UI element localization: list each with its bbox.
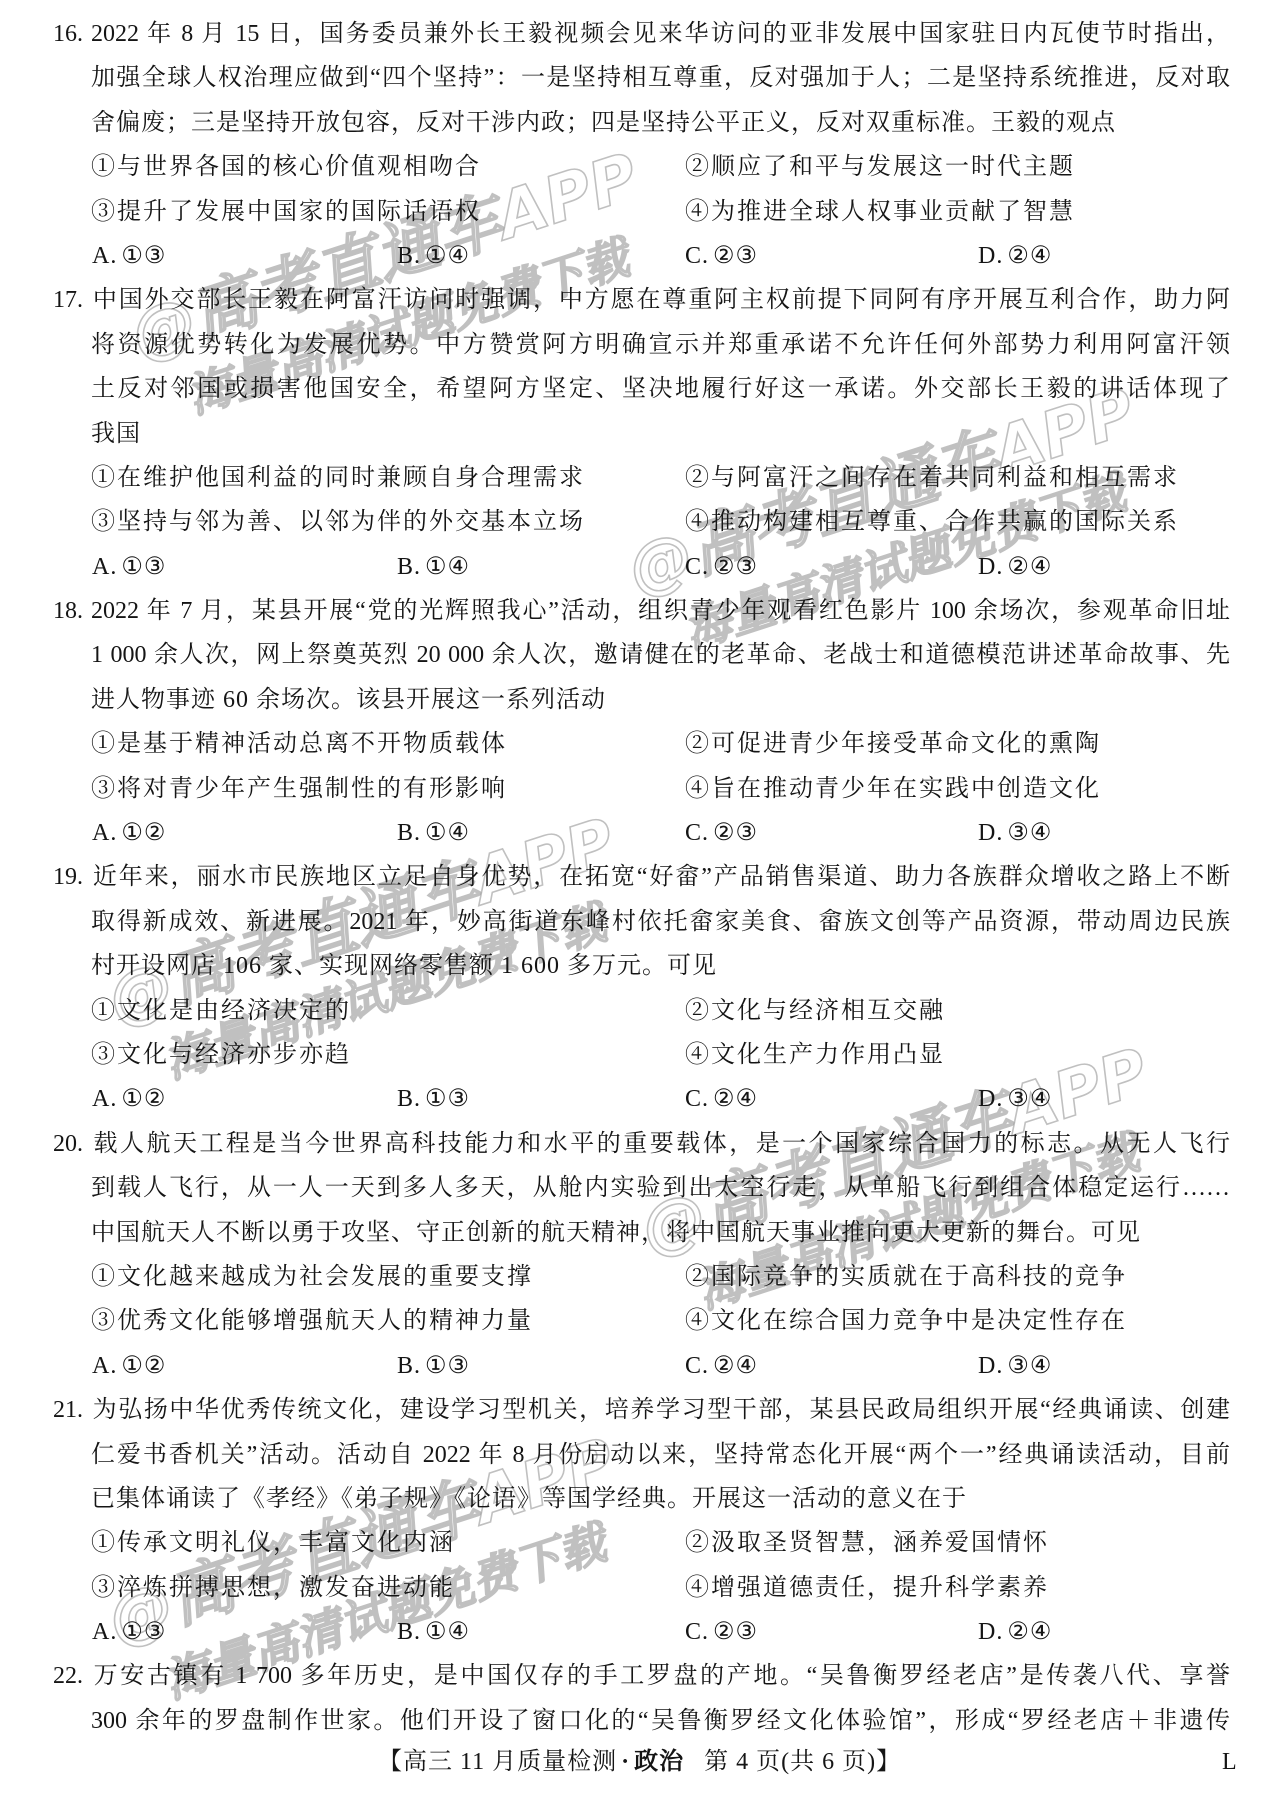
answer-choice-c: C.②③ [685, 545, 758, 589]
answer-choice-a: A.①③ [92, 1610, 166, 1654]
choice-letter: A. [92, 554, 117, 580]
choice-value: ①④ [425, 554, 470, 580]
option: ①传承文明礼仪，丰富文化内涵 [91, 1521, 455, 1565]
stem-line: 加强全球人权治理应做到“四个坚持”：一是坚持相互尊重，反对强加于人；二是坚持系统… [91, 56, 1230, 100]
choice-value: ①④ [425, 243, 470, 269]
footer-page-info: 第 4 页(共 6 页)】 [704, 1749, 901, 1775]
answer-choices: A.①③ B.①④ C.②③ D.②④ [0, 1610, 1280, 1654]
answer-choices: A.①② B.①③ C.②④ D.③④ [0, 1344, 1280, 1388]
answer-choice-c: C.②③ [685, 811, 758, 855]
question-number: 21. [53, 1388, 91, 1432]
answer-choice-a: A.①③ [92, 234, 166, 278]
option: ④推动构建相互尊重、合作共赢的国际关系 [685, 500, 1179, 544]
choice-value: ②④ [1007, 554, 1052, 580]
option: ①在维护他国利益的同时兼顾自身合理需求 [91, 456, 585, 500]
question-number: 22. [53, 1654, 91, 1698]
option-row: ③将对青少年产生强制性的有形影响 ④旨在推动青少年在实践中创造文化 [0, 767, 1280, 811]
stem-line: 土反对邻国或损害他国安全，希望阿方坚定、坚决地履行好这一承诺。外交部长王毅的讲话… [91, 367, 1230, 411]
stem-text: 载人航天工程是当今世界高科技能力和水平的重要载体，是一个国家综合国力的标志。从无… [91, 1131, 1230, 1157]
answer-choices: A.①③ B.①④ C.②③ D.②④ [0, 545, 1280, 589]
choice-value: ②④ [713, 1086, 758, 1112]
choice-value: ①③ [425, 1086, 470, 1112]
stem-line: 21.为弘扬中华优秀传统文化，建设学习型机关，培养学习型干部，某县民政局组织开展… [53, 1388, 1230, 1432]
answer-choice-c: C.②③ [685, 234, 758, 278]
choice-value: ③④ [1007, 1086, 1052, 1112]
option: ②可促进青少年接受革命文化的熏陶 [685, 722, 1101, 766]
choice-letter: B. [397, 1619, 421, 1645]
answer-choice-b: B.①③ [397, 1344, 470, 1388]
option: ②汲取圣贤智慧，涵养爱国情怀 [685, 1521, 1049, 1565]
stem-text: 中国外交部长王毅在阿富汗访问时强调，中方愿在尊重阿主权前提下同阿有序开展互利合作… [91, 287, 1230, 313]
question-number: 20. [53, 1122, 91, 1166]
choice-letter: A. [92, 1619, 117, 1645]
option-row: ③淬炼拼搏思想，激发奋进动能 ④增强道德责任，提升科学素养 [0, 1566, 1280, 1610]
answer-choice-b: B.①③ [397, 1077, 470, 1121]
option: ①文化是由经济决定的 [91, 989, 351, 1033]
choice-value: ②③ [713, 820, 758, 846]
stem-line: 17.中国外交部长王毅在阿富汗访问时强调，中方愿在尊重阿主权前提下同阿有序开展互… [53, 278, 1230, 322]
answer-choice-a: A.①② [92, 1344, 166, 1388]
option: ③优秀文化能够增强航天人的精神力量 [91, 1299, 533, 1343]
choice-value: ①④ [425, 820, 470, 846]
question-21: 21.为弘扬中华优秀传统文化，建设学习型机关，培养学习型干部，某县民政局组织开展… [0, 1388, 1280, 1654]
choice-value: ①③ [121, 243, 166, 269]
stem-text: 2022 年 8 月 15 日，国务委员兼外长王毅视频会见来华访问的亚非发展中国… [91, 21, 1230, 47]
option: ③将对青少年产生强制性的有形影响 [91, 767, 507, 811]
choice-letter: C. [685, 243, 709, 269]
option-row: ①是基于精神活动总离不开物质载体 ②可促进青少年接受革命文化的熏陶 [0, 722, 1280, 766]
stem-text: 为弘扬中华优秀传统文化，建设学习型机关，培养学习型干部，某县民政局组织开展“经典… [91, 1397, 1230, 1423]
option: ①文化越来越成为社会发展的重要支撑 [91, 1255, 533, 1299]
stem-line: 1 000 余人次，网上祭奠英烈 20 000 余人次，邀请健在的老革命、老战士… [91, 633, 1230, 677]
choice-value: ②③ [713, 554, 758, 580]
choice-value: ③④ [1007, 820, 1052, 846]
question-22: 22.万安古镇有 1 700 多年历史，是中国仅存的手工罗盘的产地。“吴鲁衡罗经… [0, 1654, 1280, 1743]
stem-line: 舍偏废；三是坚持开放包容，反对干涉内政；四是坚持公平正义，反对双重标准。王毅的观… [91, 101, 1230, 145]
choice-value: ①④ [425, 1619, 470, 1645]
answer-choice-b: B.①④ [397, 545, 470, 589]
stem-line: 22.万安古镇有 1 700 多年历史，是中国仅存的手工罗盘的产地。“吴鲁衡罗经… [53, 1654, 1230, 1698]
stem-line: 20.载人航天工程是当今世界高科技能力和水平的重要载体，是一个国家综合国力的标志… [53, 1122, 1230, 1166]
question-18: 18.2022 年 7 月，某县开展“党的光辉照我心”活动，组织青少年观看红色影… [0, 589, 1280, 855]
stem-line: 我国 [91, 412, 1230, 456]
answer-choice-d: D.③④ [978, 1344, 1052, 1388]
option: ②文化与经济相互交融 [685, 989, 945, 1033]
answer-choice-a: A.①③ [92, 545, 166, 589]
choice-value: ②④ [1007, 243, 1052, 269]
question-20: 20.载人航天工程是当今世界高科技能力和水平的重要载体，是一个国家综合国力的标志… [0, 1122, 1280, 1388]
stem-line: 300 余年的罗盘制作世家。他们开设了窗口化的“吴鲁衡罗经文化体验馆”，形成“罗… [91, 1699, 1230, 1743]
choice-letter: B. [397, 554, 421, 580]
choice-letter: C. [685, 1353, 709, 1379]
footer-exam-title: 【高三 11 月质量检测 [378, 1749, 617, 1775]
exam-page: @高考直通车APP 海量高清试题免费下载 @高考直通车APP 海量高清试题免费下… [0, 0, 1280, 1795]
option-row: ①与世界各国的核心价值观相吻合 ②顺应了和平与发展这一时代主题 [0, 145, 1280, 189]
stem-line: 16.2022 年 8 月 15 日，国务委员兼外长王毅视频会见来华访问的亚非发… [53, 12, 1230, 56]
question-number: 18. [53, 589, 91, 633]
option: ③提升了发展中国家的国际话语权 [91, 190, 481, 234]
question-number: 17. [53, 278, 91, 322]
stem-line: 取得新成效、新进展。2021 年，妙高街道东峰村依托畲家美食、畲族文创等产品资源… [91, 900, 1230, 944]
option: ④为推进全球人权事业贡献了智慧 [685, 190, 1075, 234]
choice-letter: B. [397, 1086, 421, 1112]
answer-choice-c: C.②③ [685, 1610, 758, 1654]
choice-value: ①② [121, 1086, 166, 1112]
option-row: ③优秀文化能够增强航天人的精神力量 ④文化在综合国力竞争中是决定性存在 [0, 1299, 1280, 1343]
question-17: 17.中国外交部长王毅在阿富汗访问时强调，中方愿在尊重阿主权前提下同阿有序开展互… [0, 278, 1280, 589]
choice-value: ③④ [1007, 1353, 1052, 1379]
option-row: ①文化是由经济决定的 ②文化与经济相互交融 [0, 989, 1280, 1033]
stem-line: 村开设网店 106 家、实现网络零售额 1 600 多万元。可见 [91, 944, 1230, 988]
question-16: 16.2022 年 8 月 15 日，国务委员兼外长王毅视频会见来华访问的亚非发… [0, 12, 1280, 278]
footer-subject: 政治 [634, 1749, 684, 1775]
question-19: 19.近年来，丽水市民族地区立足自身优势，在拓宽“好畲”产品销售渠道、助力各族群… [0, 855, 1280, 1121]
choice-value: ①② [121, 820, 166, 846]
answer-choice-c: C.②④ [685, 1077, 758, 1121]
choice-letter: B. [397, 1353, 421, 1379]
option: ③淬炼拼搏思想，激发奋进动能 [91, 1566, 455, 1610]
choice-letter: C. [685, 820, 709, 846]
choice-value: ①③ [121, 554, 166, 580]
choice-value: ①③ [425, 1353, 470, 1379]
option: ④增强道德责任，提升科学素养 [685, 1566, 1049, 1610]
option: ②国际竞争的实质就在于高科技的竞争 [685, 1255, 1127, 1299]
stem-line: 进人物事迹 60 余场次。该县开展这一系列活动 [91, 678, 1230, 722]
footer-separator-dot: · [621, 1749, 630, 1775]
choice-letter: A. [92, 1086, 117, 1112]
answer-choices: A.①③ B.①④ C.②③ D.②④ [0, 234, 1280, 278]
stem-line: 到载人飞行，从一人一天到多人多天，从舱内实验到出太空行走，从单船飞行到组合体稳定… [91, 1166, 1230, 1210]
question-number: 16. [53, 12, 91, 56]
choice-letter: C. [685, 554, 709, 580]
stem-text: 2022 年 7 月，某县开展“党的光辉照我心”活动，组织青少年观看红色影片 1… [91, 598, 1230, 624]
stem-text: 万安古镇有 1 700 多年历史，是中国仅存的手工罗盘的产地。“吴鲁衡罗经老店”… [91, 1663, 1230, 1689]
choice-letter: A. [92, 1353, 117, 1379]
choice-letter: C. [685, 1619, 709, 1645]
answer-choice-c: C.②④ [685, 1344, 758, 1388]
choice-letter: D. [978, 243, 1003, 269]
stem-line: 19.近年来，丽水市民族地区立足自身优势，在拓宽“好畲”产品销售渠道、助力各族群… [53, 855, 1230, 899]
choice-letter: A. [92, 820, 117, 846]
stem-line: 18.2022 年 7 月，某县开展“党的光辉照我心”活动，组织青少年观看红色影… [53, 589, 1230, 633]
option-row: ①文化越来越成为社会发展的重要支撑 ②国际竞争的实质就在于高科技的竞争 [0, 1255, 1280, 1299]
question-number: 19. [53, 855, 91, 899]
answer-choices: A.①② B.①④ C.②③ D.③④ [0, 811, 1280, 855]
stem-text: 近年来，丽水市民族地区立足自身优势，在拓宽“好畲”产品销售渠道、助力各族群众增收… [91, 864, 1230, 890]
option-row: ③坚持与邻为善、以邻为伴的外交基本立场 ④推动构建相互尊重、合作共赢的国际关系 [0, 500, 1280, 544]
answer-choice-a: A.①② [92, 811, 166, 855]
option: ①是基于精神活动总离不开物质载体 [91, 722, 507, 766]
answer-choice-d: D.②④ [978, 1610, 1052, 1654]
answer-choice-d: D.②④ [978, 545, 1052, 589]
choice-letter: D. [978, 1353, 1003, 1379]
answer-choice-d: D.③④ [978, 811, 1052, 855]
option: ④旨在推动青少年在实践中创造文化 [685, 767, 1101, 811]
choice-letter: D. [978, 554, 1003, 580]
choice-letter: B. [397, 243, 421, 269]
question-list: 16.2022 年 8 月 15 日，国务委员兼外长王毅视频会见来华访问的亚非发… [0, 12, 1280, 1743]
answer-choice-d: D.③④ [978, 1077, 1052, 1121]
option: ①与世界各国的核心价值观相吻合 [91, 145, 481, 189]
paper-version-code: L [1222, 1740, 1237, 1784]
option: ④文化生产力作用凸显 [685, 1033, 945, 1077]
answer-choice-d: D.②④ [978, 234, 1052, 278]
option-row: ③提升了发展中国家的国际话语权 ④为推进全球人权事业贡献了智慧 [0, 190, 1280, 234]
choice-letter: D. [978, 1619, 1003, 1645]
choice-value: ②③ [713, 243, 758, 269]
stem-line: 中国航天人不断以勇于攻坚、守正创新的航天精神，将中国航天事业推向更大更新的舞台。… [91, 1211, 1230, 1255]
stem-line: 将资源优势转化为发展优势。中方赞赏阿方明确宣示并郑重承诺不允许任何外部势力利用阿… [91, 323, 1230, 367]
answer-choice-b: B.①④ [397, 811, 470, 855]
option: ④文化在综合国力竞争中是决定性存在 [685, 1299, 1127, 1343]
page-footer: 【高三 11 月质量检测·政治第 4 页(共 6 页)】 [378, 1740, 901, 1784]
answer-choice-b: B.①④ [397, 234, 470, 278]
option: ③坚持与邻为善、以邻为伴的外交基本立场 [91, 500, 585, 544]
choice-letter: C. [685, 1086, 709, 1112]
choice-value: ①③ [121, 1619, 166, 1645]
option-row: ①传承文明礼仪，丰富文化内涵 ②汲取圣贤智慧，涵养爱国情怀 [0, 1521, 1280, 1565]
choice-letter: D. [978, 1086, 1003, 1112]
answer-choice-a: A.①② [92, 1077, 166, 1121]
choice-value: ②④ [1007, 1619, 1052, 1645]
option: ③文化与经济亦步亦趋 [91, 1033, 351, 1077]
option: ②与阿富汗之间存在着共同利益和相互需求 [685, 456, 1179, 500]
choice-letter: A. [92, 243, 117, 269]
choice-value: ①② [121, 1353, 166, 1379]
option-row: ①在维护他国利益的同时兼顾自身合理需求 ②与阿富汗之间存在着共同利益和相互需求 [0, 456, 1280, 500]
answer-choices: A.①② B.①③ C.②④ D.③④ [0, 1077, 1280, 1121]
answer-choice-b: B.①④ [397, 1610, 470, 1654]
stem-line: 仁爱书香机关”活动。活动自 2022 年 8 月份启动以来，坚持常态化开展“两个… [91, 1433, 1230, 1477]
option: ②顺应了和平与发展这一时代主题 [685, 145, 1075, 189]
choice-value: ②③ [713, 1619, 758, 1645]
option-row: ③文化与经济亦步亦趋 ④文化生产力作用凸显 [0, 1033, 1280, 1077]
stem-line: 已集体诵读了《孝经》《弟子规》《论语》等国学经典。开展这一活动的意义在于 [91, 1477, 1230, 1521]
choice-value: ②④ [713, 1353, 758, 1379]
choice-letter: D. [978, 820, 1003, 846]
choice-letter: B. [397, 820, 421, 846]
